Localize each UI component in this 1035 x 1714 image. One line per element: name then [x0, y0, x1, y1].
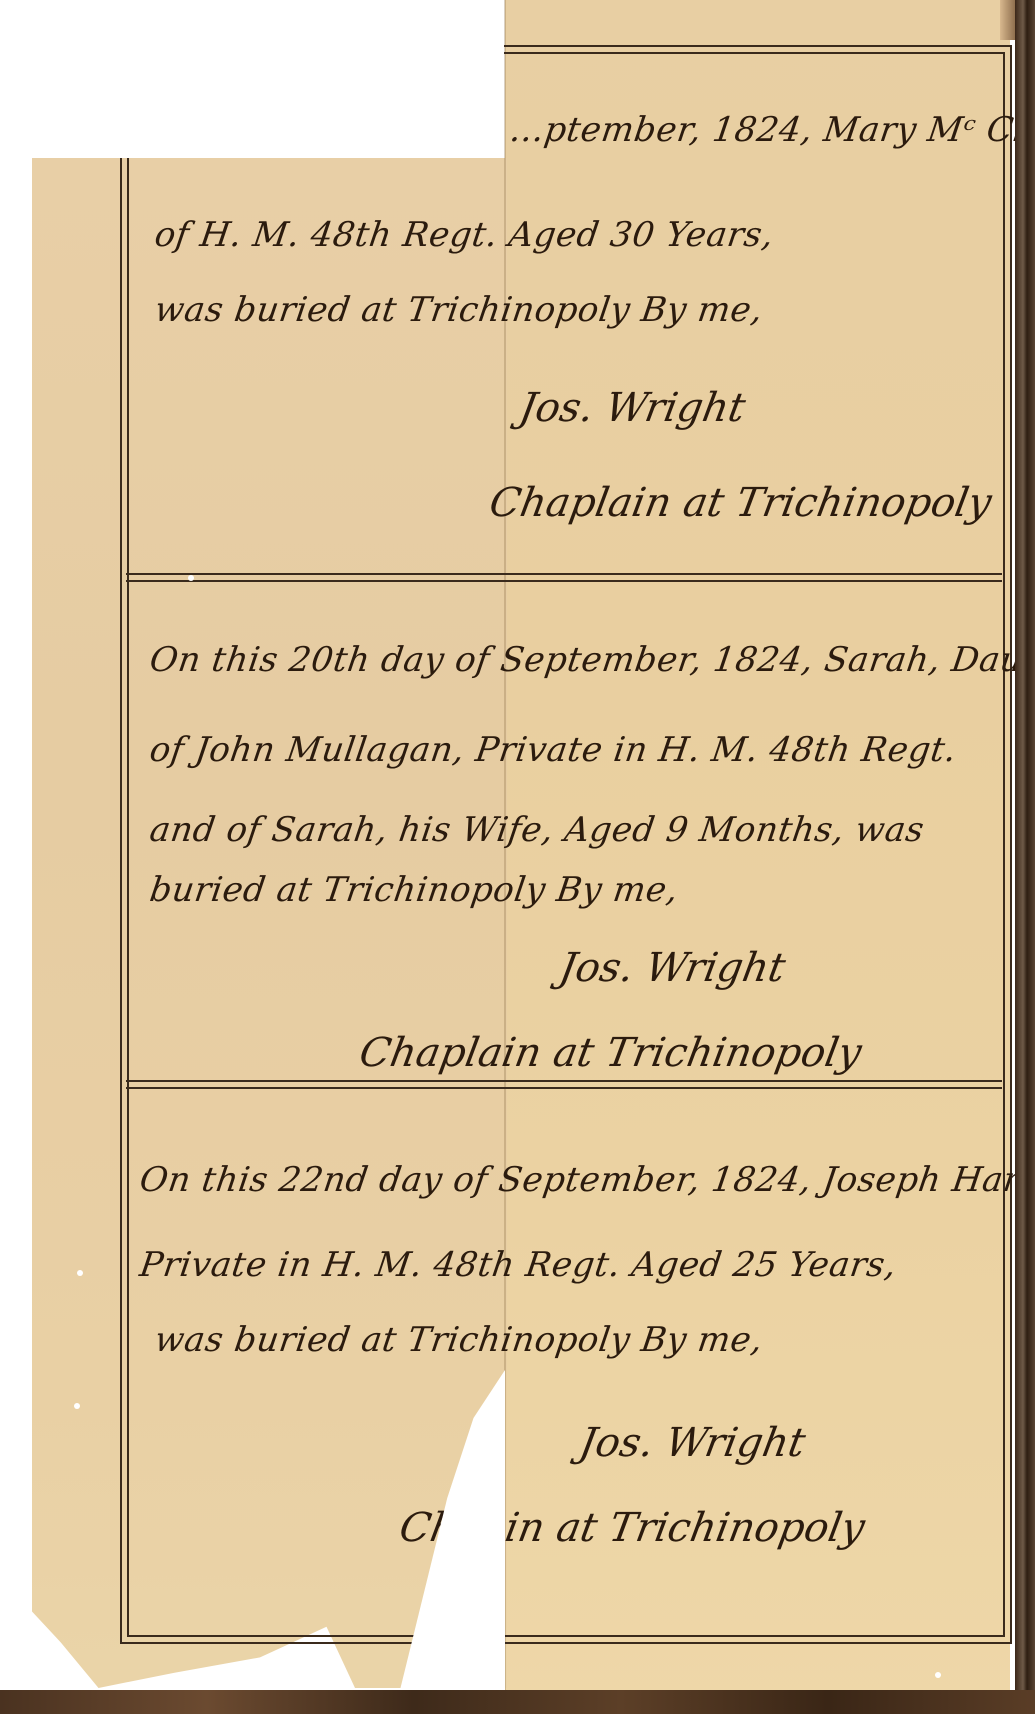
entry-line: was buried at Trichinopoly By me,	[152, 1320, 765, 1360]
signatory-title: Chaplain at Trichinopoly	[486, 480, 995, 526]
entry-line: was buried at Trichinopoly By me,	[152, 290, 765, 330]
signatory-title: Chaplain at Trichinopoly	[356, 1030, 865, 1076]
entry-divider	[126, 573, 1002, 582]
entry-divider	[126, 1080, 1002, 1089]
signature: Jos. Wright	[516, 385, 749, 431]
paper-spot	[188, 575, 194, 581]
entry-line: buried at Trichinopoly By me,	[147, 870, 681, 910]
entry-line: of H. M. 48th Regt. Aged 30 Years,	[152, 215, 776, 255]
wooden-table-surface	[0, 1690, 1035, 1714]
document-photo: …ptember, 1824, Mary Mᶜ Cleland of H. M.…	[0, 0, 1035, 1714]
paper-spot	[935, 1672, 941, 1678]
entry-line: …ptember, 1824, Mary Mᶜ Cleland	[507, 110, 1035, 150]
entry-line: On this 20th day of September, 1824, Sar…	[147, 640, 1035, 680]
paper-spot	[74, 1403, 80, 1409]
book-binding	[1015, 0, 1035, 1714]
entry-line: of John Mullagan, Private in H. M. 48th …	[147, 730, 959, 770]
paper-spot	[77, 1270, 83, 1276]
entry-line: Private in H. M. 48th Regt. Aged 25 Year…	[137, 1245, 899, 1285]
signature: Jos. Wright	[576, 1420, 809, 1466]
signature: Jos. Wright	[556, 945, 789, 991]
torn-missing-area-frame	[118, 0, 504, 158]
binding-edge	[1000, 0, 1016, 40]
entry-line: and of Sarah, his Wife, Aged 9 Months, w…	[147, 810, 926, 850]
entry-line: On this 22nd day of September, 1824, Jos…	[137, 1160, 1035, 1200]
